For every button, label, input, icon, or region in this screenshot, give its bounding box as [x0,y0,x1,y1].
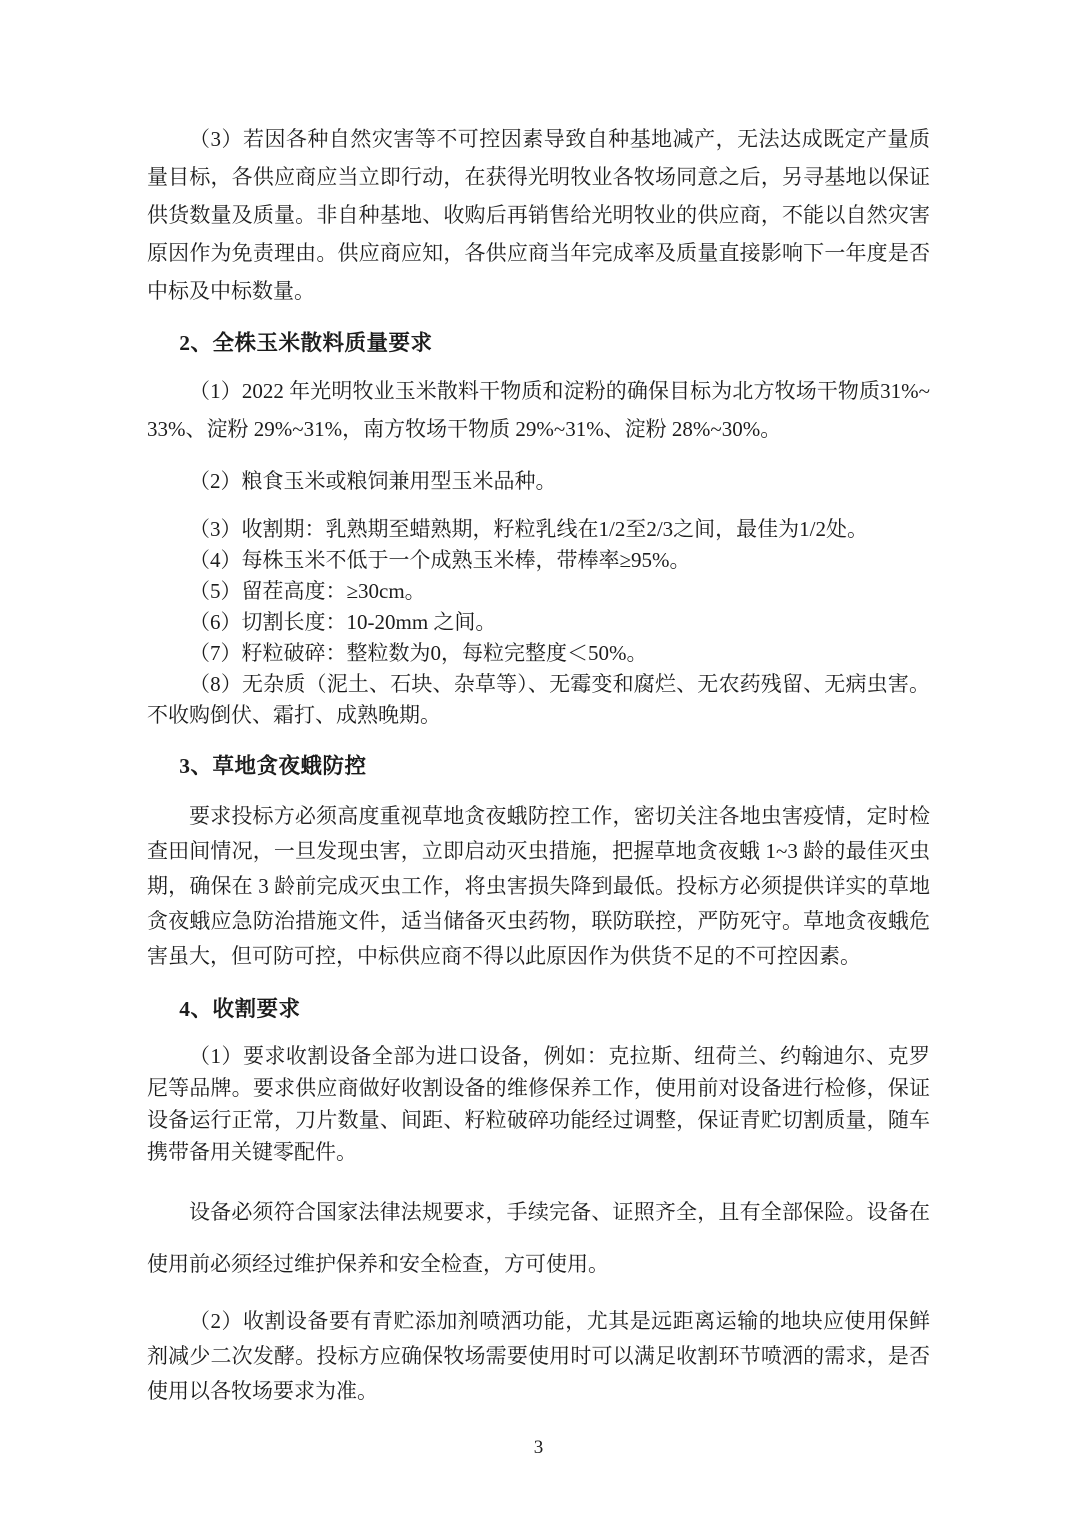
section-heading-corn-bulk-quality: 2、全株玉米散料质量要求 [147,328,930,358]
paragraph-dry-matter-targets: （1）2022 年光明牧业玉米散料干物质和淀粉的确保目标为北方牧场干物质31%~… [147,372,930,448]
list-item-kernel-processing: （7）籽粒破碎：整粒数为0，每粒完整度＜50%。 [147,638,930,669]
document-page: （3）若因各种自然灾害等不可控因素导致自种基地减产，无法达成既定产量质量目标，各… [0,0,1080,1527]
paragraph-corn-variety: （2）粮食玉米或粮饲兼用型玉米品种。 [147,462,930,500]
list-item-stubble-height: （5）留茬高度：≥30cm。 [147,576,930,607]
list-item-cob-rate: （4）每株玉米不低于一个成熟玉米棒，带棒率≥95%。 [147,545,930,576]
paragraph-silage-additive-spray: （2）收割设备要有青贮添加剂喷洒功能，尤其是远距离运输的地块应使用保鲜剂减少二次… [147,1304,930,1409]
paragraph-armyworm-control: 要求投标方必须高度重视草地贪夜蛾防控工作，密切关注各地虫害疫情，定时检查田间情况… [147,799,930,974]
quality-requirement-list: （3）收割期：乳熟期至蜡熟期，籽粒乳线在1/2至2/3之间，最佳为1/2处。 （… [147,514,930,731]
section-heading-armyworm-control: 3、草地贪夜蛾防控 [147,751,930,781]
list-item-harvest-period: （3）收割期：乳熟期至蜡熟期，籽粒乳线在1/2至2/3之间，最佳为1/2处。 [147,514,930,545]
list-item-cut-length: （6）切割长度：10-20mm 之间。 [147,607,930,638]
list-item-no-impurities: （8）无杂质（泥土、石块、杂草等）、无霉变和腐烂、无农药残留、无病虫害。不收购倒… [147,669,930,731]
paragraph-natural-disaster-clause: （3）若因各种自然灾害等不可控因素导致自种基地减产，无法达成既定产量质量目标，各… [147,120,930,310]
paragraph-imported-equipment: （1）要求收割设备全部为进口设备，例如：克拉斯、纽荷兰、约翰迪尔、克罗尼等品牌。… [147,1040,930,1168]
page-number: 3 [147,1435,930,1461]
paragraph-legal-compliance: 设备必须符合国家法律法规要求，手续完备、证照齐全，且有全部保险。设备在使用前必须… [147,1186,930,1290]
section-heading-harvest-requirements: 4、收割要求 [147,994,930,1024]
